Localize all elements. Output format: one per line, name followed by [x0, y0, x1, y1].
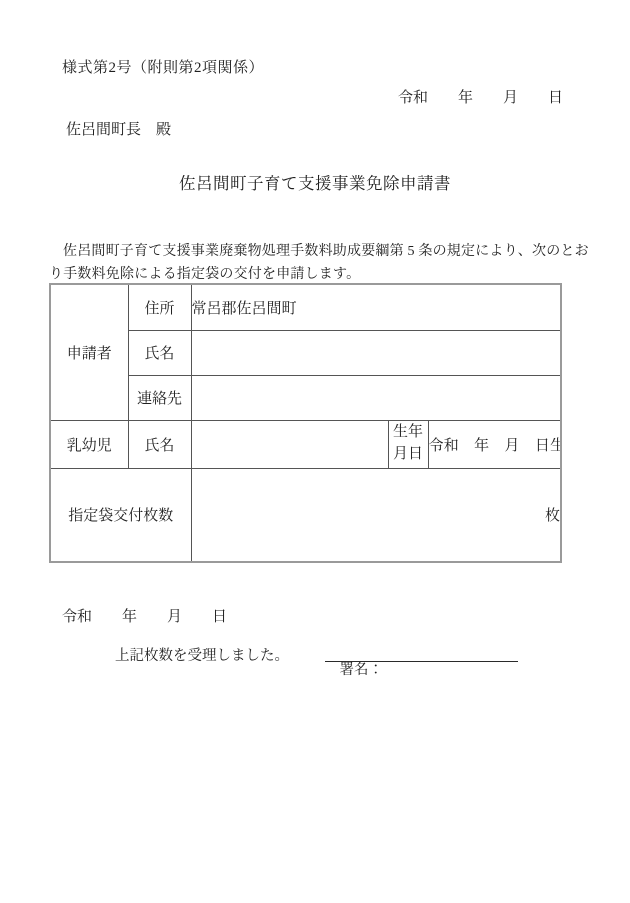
intro-paragraph: 佐呂間町子育て支援事業廃棄物処理手数料助成要綱第 5 条の規定により、次のとお … — [49, 240, 594, 286]
addressee-line: 佐呂間町長 殿 — [66, 118, 171, 139]
applicant-group-label: 申請者 — [50, 284, 128, 420]
signature-field: 署名： — [325, 641, 518, 662]
receipt-statement: 上記枚数を受理しました。 — [115, 644, 289, 665]
form-page: 様式第2号（附則第2項関係） 令和 年 月 日 佐呂間町長 殿 佐呂間町子育て支… — [0, 0, 630, 903]
table-row-applicant-address: 申請者 住所 常呂郡佐呂間町 — [50, 284, 561, 330]
applicant-address-value: 常呂郡佐呂間町 — [191, 284, 561, 330]
form-number: 様式第2号（附則第2項関係） — [62, 56, 264, 77]
infant-birthdate-label-line1: 生年 — [389, 422, 428, 444]
infant-birthdate-label-line2: 月日 — [389, 444, 428, 466]
table-row-infant: 乳幼児 氏名 生年 月日 令和 年 月 日生 — [50, 420, 561, 468]
infant-birthdate-value: 令和 年 月 日生 — [428, 420, 561, 468]
application-date-line: 令和 年 月 日 — [398, 86, 563, 107]
form-title: 佐呂間町子育て支援事業免除申請書 — [0, 170, 630, 194]
infant-birthdate-label: 生年 月日 — [388, 420, 428, 468]
signature-label: 署名： — [340, 662, 384, 678]
bags-count-cell: 枚 — [191, 468, 561, 562]
applicant-name-label: 氏名 — [128, 330, 191, 375]
application-table: 申請者 住所 常呂郡佐呂間町 氏名 連絡先 乳幼児 氏名 生年 月日 令和 — [49, 283, 562, 563]
receipt-date-line: 令和 年 月 日 — [62, 605, 227, 626]
applicant-name-value — [191, 330, 561, 375]
infant-name-label: 氏名 — [128, 420, 191, 468]
applicant-contact-label: 連絡先 — [128, 375, 191, 420]
intro-line-1: 佐呂間町子育て支援事業廃棄物処理手数料助成要綱第 5 条の規定により、次のとお — [49, 240, 594, 263]
infant-group-label: 乳幼児 — [50, 420, 128, 468]
applicant-address-label: 住所 — [128, 284, 191, 330]
bags-count-label: 指定袋交付枚数 — [50, 468, 191, 562]
table-row-bags: 指定袋交付枚数 枚 — [50, 468, 561, 562]
applicant-contact-value — [191, 375, 561, 420]
infant-name-value — [191, 420, 388, 468]
bags-unit-label: 枚 — [545, 508, 560, 524]
